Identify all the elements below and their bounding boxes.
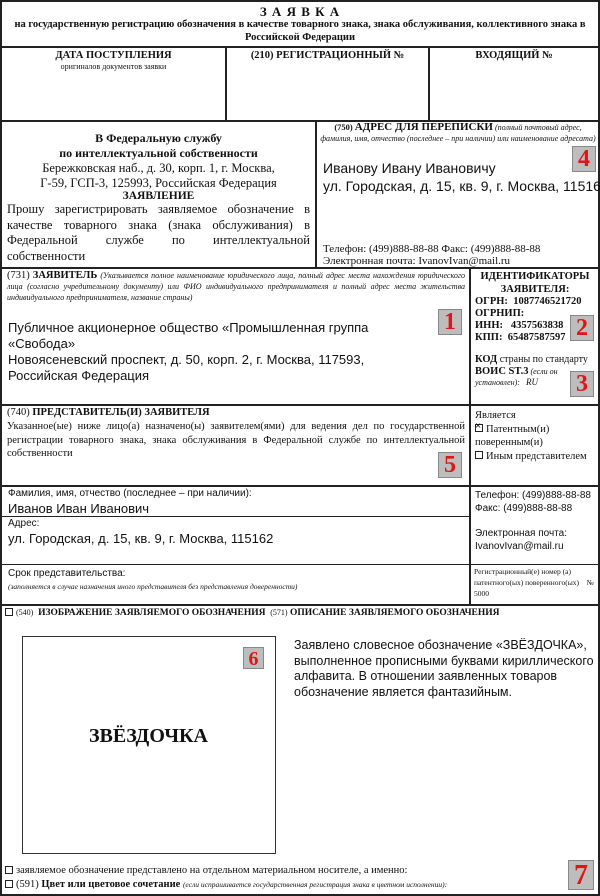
option-patent-attorney-label: Патентным(и) поверенным(и) <box>475 424 549 449</box>
color-row: (591) Цвет или цветовое сочетание (если … <box>5 879 447 890</box>
correspondence-header: (750) АДРЕС ДЛЯ ПЕРЕПИСКИ (полный почтов… <box>320 122 596 144</box>
checkbox-icon[interactable] <box>5 880 13 888</box>
option-other-representative-label: Иным представителем <box>486 451 587 462</box>
incoming-number-label: ВХОДЯЩИЙ № <box>430 50 598 61</box>
field-code: (750) <box>334 122 352 132</box>
image-section-label: ИЗОБРАЖЕНИЕ ЗАЯВЛЯЕМОГО ОБОЗНАЧЕНИЯ <box>38 608 265 618</box>
description-section-label: ОПИСАНИЕ ЗАЯВЛЯЕМОГО ОБОЗНАЧЕНИЯ <box>290 608 500 618</box>
representative-email-label: Электронная почта: <box>475 527 595 540</box>
wipo-label: ВОИС ST.3 <box>475 366 528 377</box>
field-code: (540) <box>16 608 33 617</box>
country-value: RU <box>526 377 538 387</box>
kpp-row: КПП: 65487587597 <box>475 332 565 343</box>
representative-type-label: Является <box>475 409 595 423</box>
marker-badge-4: 4 <box>572 146 596 172</box>
color-label: Цвет или цветовое сочетание <box>41 879 180 890</box>
representative-phone: Телефон: (499)888-88-88 <box>475 489 595 502</box>
inn-value: 4357563838 <box>511 320 564 331</box>
inn-label: ИНН: <box>475 320 503 331</box>
country-code-row: КОД страны по стандарту <box>475 354 588 365</box>
date-received-sublabel: оригиналов документов заявки <box>2 62 225 71</box>
representative-header: (740) ПРЕДСТАВИТЕЛЬ(И) ЗАЯВИТЕЛЯ <box>7 407 210 418</box>
ogrn-row: ОГРН: 1087746521720 <box>475 296 581 307</box>
correspondence-phone-fax: Телефон: (499)888-88-88 Факс: (499)888-8… <box>323 243 540 255</box>
addressee-line2: по интеллектуальной собственности <box>6 146 311 161</box>
representative-email: IvanovIvan@mail.ru <box>475 540 595 553</box>
statement-text: Прошу зарегистрировать заявляемое обозна… <box>7 202 310 264</box>
representation-term-hint: (заполняется в случае назначения иного п… <box>8 582 297 591</box>
ogrnip-label: ОГРНИП: <box>475 308 524 319</box>
identifiers-title: ИДЕНТИФИКАТОРЫ ЗАЯВИТЕЛЯ: <box>472 270 598 296</box>
representative-fio-label: Фамилия, имя, отчество (последнее – при … <box>8 488 252 499</box>
trademark-application-form: З А Я В К А на государственную регистрац… <box>0 0 600 896</box>
country-code-label: КОД <box>475 354 497 365</box>
reg-number-label: Регистрационный(е) номер (а) патентного(… <box>474 567 579 587</box>
marker-badge-7: 7 <box>568 860 594 890</box>
option-patent-attorney[interactable]: Патентным(и) поверенным(и) <box>475 423 595 450</box>
checkbox-icon[interactable] <box>475 451 483 459</box>
field-code: (591) <box>16 879 39 890</box>
marker-badge-3: 3 <box>570 371 594 397</box>
marker-badge-6: 6 <box>243 647 264 669</box>
country-code-text: страны по стандарту <box>500 354 588 365</box>
wipo-row: ВОИС ST.3 (если он установлен): RU <box>475 366 565 388</box>
inn-row: ИНН: 4357563838 <box>475 320 563 331</box>
checkbox-checked-icon[interactable] <box>475 424 483 432</box>
correspondence-label: АДРЕС ДЛЯ ПЕРЕПИСКИ <box>355 121 493 133</box>
applicant-header: (731) ЗАЯВИТЕЛЬ (Указывается полное наим… <box>7 270 465 303</box>
separate-medium-row: заявляемое обозначение представлено на о… <box>5 865 407 876</box>
representative-address-value: ул. Городская, д. 15, кв. 9, г. Москва, … <box>8 531 273 546</box>
representative-contacts: Телефон: (499)888-88-88 Факс: (499)888-8… <box>475 489 595 553</box>
correspondence-address: ул. Городская, д. 15, кв. 9, г. Москва, … <box>323 178 600 194</box>
field-code: (731) <box>7 270 30 281</box>
mark-description: Заявлено словесное обозначение «ЗВЁЗДОЧК… <box>294 638 594 700</box>
kpp-value: 65487587597 <box>508 332 566 343</box>
applicant-address: Новоясеневский проспект, д. 50, корп. 2,… <box>8 352 433 384</box>
marker-badge-2: 2 <box>570 315 594 341</box>
addressee-line1: В Федеральную службу <box>6 131 311 146</box>
ogrn-value: 1087746521720 <box>513 296 581 307</box>
applicant-details: Публичное акционерное общество «Промышле… <box>8 320 433 384</box>
representation-term-label: Срок представительства: <box>8 568 125 579</box>
applicant-label: ЗАЯВИТЕЛЬ <box>33 270 98 281</box>
ogrn-label: ОГРН: <box>475 296 508 307</box>
addressee-address1: Бережковская наб., д. 30, корп. 1, г. Мо… <box>6 160 311 176</box>
correspondence-email: Электронная почта: IvanovIvan@mail.ru <box>323 255 510 267</box>
separate-medium-label: заявляемое обозначение представлено на о… <box>16 865 407 876</box>
date-received-label: ДАТА ПОСТУПЛЕНИЯ <box>2 50 225 61</box>
marker-badge-5: 5 <box>438 452 462 478</box>
addressee-address2: Г-59, ГСП-3, 125993, Российская Федераци… <box>6 175 311 191</box>
applicant-name: Публичное акционерное общество «Промышле… <box>8 320 433 352</box>
statement-title: ЗАЯВЛЕНИЕ <box>6 190 311 202</box>
marker-badge-1: 1 <box>438 309 462 335</box>
representative-fax: Факс: (499)888-88-88 <box>475 502 595 515</box>
checkbox-icon[interactable] <box>5 866 13 874</box>
correspondence-name: Иванову Ивану Ивановичу <box>323 160 496 176</box>
representative-label: ПРЕДСТАВИТЕЛЬ(И) ЗАЯВИТЕЛЯ <box>32 407 209 418</box>
mark-image-box: ЗВЁЗДОЧКА <box>22 636 276 854</box>
representative-fio-value: Иванов Иван Иванович <box>8 501 149 516</box>
kpp-label: КПП: <box>475 332 502 343</box>
field-code: (740) <box>7 407 30 418</box>
checkbox-icon[interactable] <box>5 608 13 616</box>
form-subtitle: на государственную регистрацию обозначен… <box>10 18 590 44</box>
registration-number-label: (210) РЕГИСТРАЦИОННЫЙ № <box>227 50 428 61</box>
color-hint: (если испрашивается государственная реги… <box>183 880 447 889</box>
mark-text: ЗВЁЗДОЧКА <box>23 725 274 748</box>
patent-attorney-reg-number: Регистрационный(е) номер (а) патентного(… <box>474 566 596 599</box>
representative-type: Является Патентным(и) поверенным(и) Иным… <box>475 409 595 463</box>
representative-text: Указанное(ые) ниже лицо(а) назначено(ы) … <box>7 420 465 461</box>
designation-header: (540) ИЗОБРАЖЕНИЕ ЗАЯВЛЯЕМОГО ОБОЗНАЧЕНИ… <box>5 608 500 618</box>
option-other-representative[interactable]: Иным представителем <box>475 450 595 464</box>
representative-address-label: Адрес: <box>8 518 39 529</box>
field-code: (571) <box>270 608 287 617</box>
